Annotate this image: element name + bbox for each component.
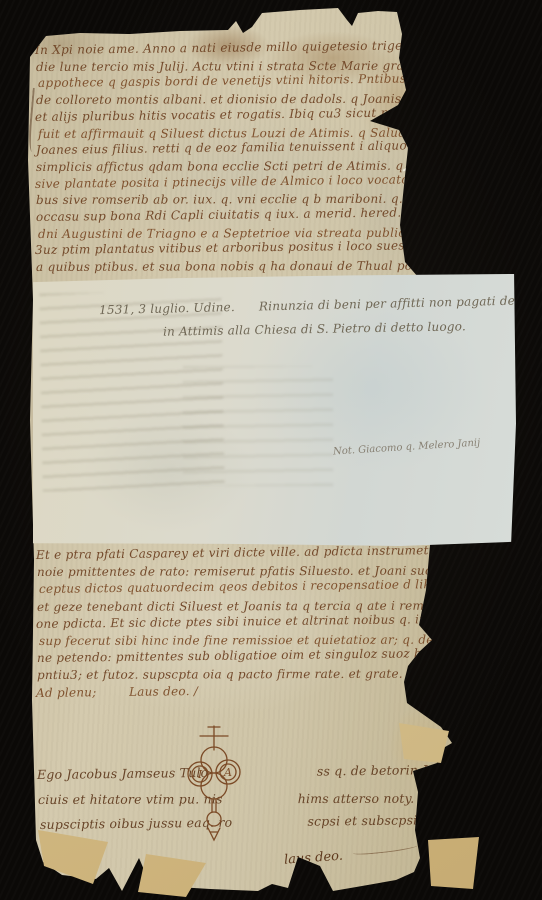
signum-stem [207,799,221,840]
handwritten-text-line: a quibus ptibus. et sua bona nobis q ha … [36,258,476,276]
handwritten-text-line: In Xpi noie ame. Anno a nati eiusde mill… [35,37,476,59]
signum-quatrefoil [188,747,240,799]
latin-text-top-block: In Xpi noie ame. Anno a nati eiusde mill… [36,42,476,276]
handwritten-text-line: ceptus dictos quatuordecim qeos debitos … [39,577,437,599]
signum-letter-a: A [223,766,232,779]
signum-letter-i: I [197,768,203,781]
latin-text-bottom-block: Et e ptra pfati Casparey et viri dicte v… [37,547,437,702]
handwritten-text-line: appothece q gaspis bordi de venetijs vti… [38,70,476,92]
notarial-signum: I A [178,724,250,844]
photograph-background: In Xpi noie ame. Anno a nati eiusde mill… [0,0,542,900]
closing-laus-deo: laus deo. [284,843,420,867]
handwritten-text-line: ne petendo: pmittentes sub obligatioe oi… [37,645,437,667]
handwritten-text-line: 3uz ptim plantatus vitibus et arboribus … [35,237,476,259]
archivist-slip: 1531, 3 luglio. Udine. Rinunzia di beni … [33,274,516,546]
slip-notary-signature: Not. Giacomo q. Melero Janij [333,438,481,458]
show-through-lines [183,366,333,486]
